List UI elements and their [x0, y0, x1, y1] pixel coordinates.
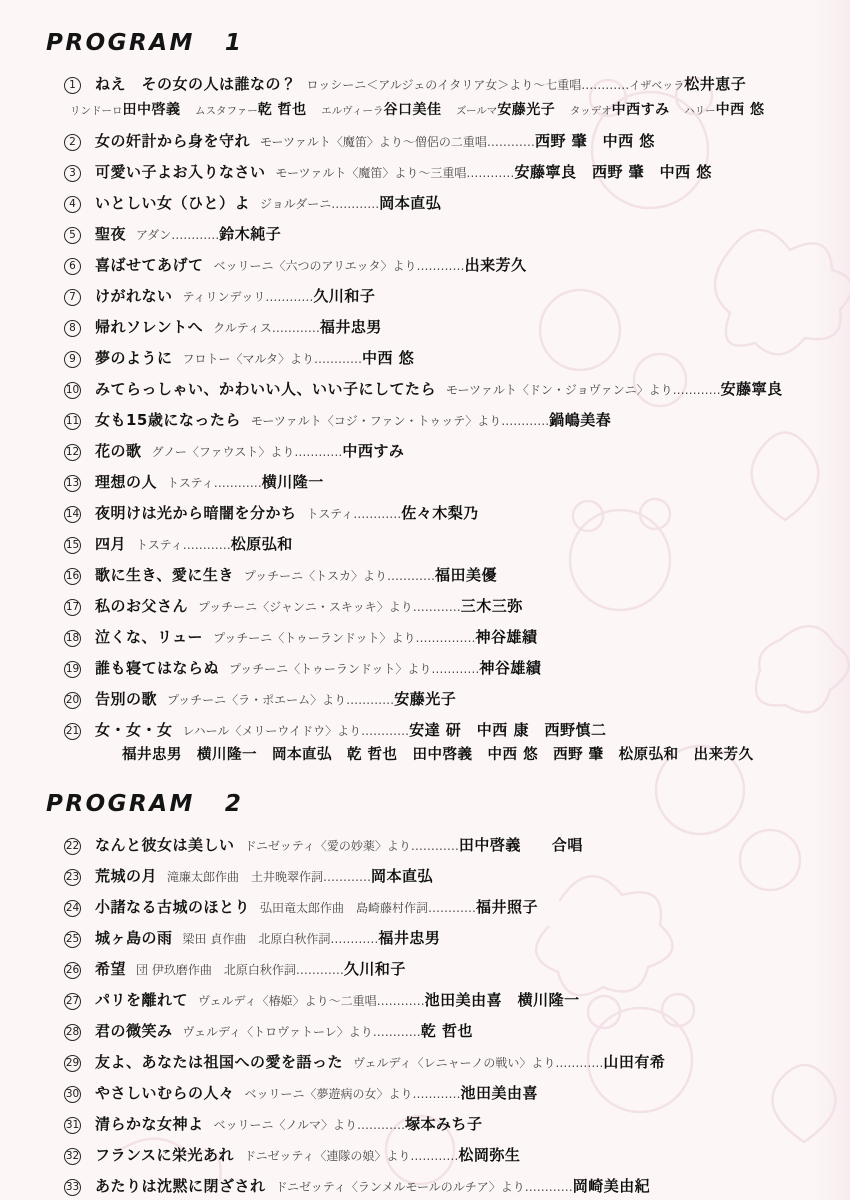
item-number-badge: 18	[64, 630, 81, 647]
item-detail: プッチーニ〈ジャンニ・スキッキ〉より…………	[198, 600, 461, 614]
item-detail: ベッリーニ〈六つのアリエッタ〉より…………	[214, 259, 465, 273]
item-title: 私のお父さん	[95, 597, 188, 615]
role-label: ハリー	[684, 105, 716, 117]
performer-name: 佐々木梨乃	[401, 504, 479, 522]
item-continuation-line: リンドーロ田中啓義 ムスタファー乾 哲也 エルヴィーラ谷口美佳 ズールマ安藤光子…	[64, 99, 832, 121]
performer-name: 鍋嶋美春	[549, 411, 611, 429]
item-title: 理想の人	[95, 473, 157, 491]
item-detail: プッチーニ〈トゥーランドット〉より……………	[213, 631, 475, 645]
item-number-badge: 4	[64, 196, 81, 213]
item-number-badge: 6	[64, 258, 81, 275]
item-detail: プッチーニ〈トスカ〉より…………	[244, 569, 435, 583]
item-number-badge: 26	[64, 962, 81, 979]
item-detail: ドニゼッティ〈連隊の娘〉より…………	[244, 1149, 458, 1163]
item-number-badge: 14	[64, 506, 81, 523]
item-number-badge: 20	[64, 692, 81, 709]
program-item: 2女の奸計から身を守れモーツァルト〈魔笛〉より～僧侶の二重唱…………西野 肇 中…	[64, 131, 832, 152]
performer-name: 久川和子	[313, 287, 375, 305]
item-title: 告別の歌	[95, 690, 157, 708]
program-item: 22なんと彼女は美しいドニゼッティ〈愛の妙薬〉より…………田中啓義 合唱	[64, 835, 832, 856]
performer-name: 乾 哲也	[421, 1022, 473, 1040]
item-title: 四月	[95, 535, 126, 553]
program-item: 16歌に生き、愛に生きプッチーニ〈トスカ〉より…………福田美優	[64, 565, 832, 586]
item-title: 夜明けは光から暗闇を分かち	[95, 504, 297, 522]
item-detail: モーツァルト〈コジ・ファン・トゥッテ〉より…………	[251, 414, 549, 428]
item-number-badge: 21	[64, 723, 81, 740]
item-title: 希望	[95, 960, 126, 978]
item-title: 清らかな女神よ	[95, 1115, 204, 1133]
item-number-badge: 19	[64, 661, 81, 678]
program-item: 18泣くな、リュープッチーニ〈トゥーランドット〉より……………神谷雄績	[64, 627, 832, 648]
program-item: 24小諸なる古城のほとり弘田竜太郎作曲 島崎藤村作詞…………福井照子	[64, 897, 832, 918]
performer-name: 中西すみ	[342, 442, 404, 460]
item-detail: モーツァルト〈魔笛〉より～僧侶の二重唱…………	[260, 135, 535, 149]
program-item: 11女も15歳になったらモーツァルト〈コジ・ファン・トゥッテ〉より…………鍋嶋美…	[64, 410, 832, 431]
item-detail: 滝廉太郎作曲 土井晩翠作詞…………	[167, 870, 371, 884]
item-number-badge: 30	[64, 1086, 81, 1103]
item-number-badge: 27	[64, 993, 81, 1010]
item-detail: トスティ…………	[307, 507, 402, 521]
item-detail: 弘田竜太郎作曲 島崎藤村作詞…………	[260, 901, 476, 915]
item-title: パリを離れて	[95, 991, 188, 1009]
role-label: イザベッラ	[629, 79, 684, 92]
item-title: 荒城の月	[95, 867, 157, 885]
performer-name: 田中啓義	[123, 102, 196, 118]
program-item-list: 1ねえ その女の人は誰なの？ロッシーニ＜アルジェのイタリア女＞より～七重唱…………	[64, 74, 832, 765]
program-section-2: PROGRAM222なんと彼女は美しいドニゼッティ〈愛の妙薬〉より…………田中啓…	[46, 791, 832, 1197]
item-number-badge: 25	[64, 931, 81, 948]
item-number-badge: 22	[64, 838, 81, 855]
item-number-badge: 8	[64, 320, 81, 337]
item-detail: ベッリーニ〈夢遊病の女〉より…………	[245, 1087, 461, 1101]
item-number-badge: 7	[64, 289, 81, 306]
performer-name: 松井恵子	[684, 75, 746, 93]
performer-name: 岡本直弘	[379, 194, 441, 212]
performer-name: 安達 研 中西 康 西野慎二	[409, 721, 606, 739]
program-item: 30やさしいむらの人々ベッリーニ〈夢遊病の女〉より…………池田美由喜	[64, 1083, 832, 1104]
item-number-badge: 24	[64, 900, 81, 917]
performer-name: 福井忠男	[378, 929, 440, 947]
item-number-badge: 1	[64, 77, 81, 94]
item-detail: ティリンデッリ…………	[183, 290, 314, 304]
item-number-badge: 31	[64, 1117, 81, 1134]
program-item: 19誰も寝てはならぬプッチーニ〈トゥーランドット〉より…………神谷雄績	[64, 658, 832, 679]
item-detail: ロッシーニ＜アルジェのイタリア女＞より～七重唱…………	[307, 78, 630, 92]
program-item-list: 22なんと彼女は美しいドニゼッティ〈愛の妙薬〉より…………田中啓義 合唱23荒城…	[64, 835, 832, 1197]
program-item: 27パリを離れてヴェルディ〈椿姫〉より～二重唱…………池田美由喜 横川隆一	[64, 990, 832, 1011]
program-item: 13理想の人トスティ…………横川隆一	[64, 472, 832, 493]
program-heading-number: 1	[225, 30, 244, 56]
performer-name: 福井照子	[476, 898, 538, 916]
program-item: 8帰れソレントへクルティス…………福井忠男	[64, 317, 832, 338]
program-item: 9夢のようにフロトー〈マルタ〉より…………中西 悠	[64, 348, 832, 369]
performer-name: 安藤寧良 西野 肇 中西 悠	[514, 163, 711, 181]
item-detail: ヴェルディ〈椿姫〉より～二重唱…………	[198, 994, 425, 1008]
program-item: 23荒城の月滝廉太郎作曲 土井晩翠作詞…………岡本直弘	[64, 866, 832, 887]
program-item: 29友よ、あなたは祖国への愛を語ったヴェルディ〈レニャーノの戦い〉より…………山…	[64, 1052, 832, 1073]
performer-name: 松岡弥生	[458, 1146, 520, 1164]
item-number-badge: 15	[64, 537, 81, 554]
item-number-badge: 3	[64, 165, 81, 182]
item-detail: クルティス…………	[213, 321, 320, 335]
program-content: PROGRAM11ねえ その女の人は誰なの？ロッシーニ＜アルジェのイタリア女＞よ…	[0, 0, 850, 1197]
program-item: 26希望団 伊玖磨作曲 北原白秋作詞…………久川和子	[64, 959, 832, 980]
item-detail: フロトー〈マルタ〉より…………	[183, 352, 363, 366]
performer-name: 安藤寧良	[721, 380, 783, 398]
item-title: やさしいむらの人々	[95, 1084, 235, 1102]
item-title: 帰れソレントへ	[95, 318, 203, 336]
role-label: ズールマ	[456, 105, 497, 117]
role-label: ムスタファー	[195, 105, 258, 117]
performer-name: 塚本みち子	[405, 1115, 483, 1133]
program-item: 17私のお父さんプッチーニ〈ジャンニ・スキッキ〉より…………三木三弥	[64, 596, 832, 617]
item-title: 聖夜	[95, 225, 126, 243]
item-number-badge: 2	[64, 134, 81, 151]
item-detail: プッチーニ〈トゥーランドット〉より…………	[229, 662, 479, 676]
item-detail: ヴェルディ〈トロヴァトーレ〉より…………	[183, 1025, 421, 1039]
performer-name: 中西 悠	[362, 349, 414, 367]
program-item: 32フランスに栄光あれドニゼッティ〈連隊の娘〉より…………松岡弥生	[64, 1145, 832, 1166]
item-detail: プッチーニ〈ラ・ポエーム〉より…………	[167, 693, 394, 707]
performer-name: 横川隆一	[262, 473, 324, 491]
role-label: タッデオ	[570, 105, 612, 117]
performer-name: 神谷雄績	[475, 628, 537, 646]
item-detail: アダン…………	[136, 228, 219, 242]
program-item: 15四月トスティ…………松原弘和	[64, 534, 832, 555]
item-title: ねえ その女の人は誰なの？	[95, 75, 297, 93]
item-number-badge: 13	[64, 475, 81, 492]
item-detail: ヴェルディ〈レニャーノの戦い〉より…………	[353, 1056, 603, 1070]
program-item: 4いとしい女（ひと）よジョルダーニ…………岡本直弘	[64, 193, 832, 214]
program-item: 3可愛い子よお入りなさいモーツァルト〈魔笛〉より～三重唱…………安藤寧良 西野 …	[64, 162, 832, 183]
performer-name: 池田美由喜	[461, 1084, 539, 1102]
item-number-badge: 32	[64, 1148, 81, 1165]
item-detail: ドニゼッティ〈ランメルモールのルチア〉より…………	[276, 1180, 573, 1194]
role-label: リンドーロ	[70, 105, 123, 117]
program-heading-number: 2	[225, 791, 244, 817]
performer-name: 鈴木純子	[219, 225, 281, 243]
item-detail: レハール〈メリーウイドウ〉より…………	[183, 724, 410, 738]
item-title: 喜ばせてあげて	[95, 256, 204, 274]
program-heading-label: PROGRAM	[46, 30, 195, 56]
item-detail: グノー〈ファウスト〉より…………	[152, 445, 343, 459]
performer-name: 中西 悠	[716, 102, 765, 118]
item-title: 女の奸計から身を守れ	[95, 132, 250, 150]
performer-name: 神谷雄績	[479, 659, 541, 677]
item-detail: モーツァルト〈ドン・ジョヴァンニ〉より…………	[446, 383, 721, 397]
program-item: 10みてらっしゃい、かわいい人、いい子にしてたらモーツァルト〈ドン・ジョヴァンニ…	[64, 379, 832, 400]
performer-name: 久川和子	[344, 960, 406, 978]
performer-name: 松原弘和	[231, 535, 293, 553]
item-title: 歌に生き、愛に生き	[95, 566, 234, 584]
program-heading: PROGRAM2	[46, 791, 832, 817]
performer-name: 池田美由喜 横川隆一	[425, 991, 580, 1009]
item-title: 夢のように	[95, 349, 173, 367]
item-number-badge: 10	[64, 382, 81, 399]
item-number-badge: 12	[64, 444, 81, 461]
item-detail: トスティ…………	[167, 476, 262, 490]
performer-name: 乾 哲也	[258, 102, 321, 118]
performer-name: 安藤光子	[497, 102, 570, 118]
performer-name: 中西すみ	[612, 102, 685, 118]
program-heading: PROGRAM1	[46, 30, 832, 56]
performer-name: 山田有希	[603, 1053, 665, 1071]
performer-name: 福田美優	[435, 566, 497, 584]
program-item: 5聖夜アダン…………鈴木純子	[64, 224, 832, 245]
item-number-badge: 23	[64, 869, 81, 886]
item-title: みてらっしゃい、かわいい人、いい子にしてたら	[95, 380, 436, 398]
item-detail: 団 伊玖磨作曲 北原白秋作詞…………	[136, 963, 344, 977]
item-continuation-line: 福井忠男 横川隆一 岡本直弘 乾 哲也 田中啓義 中西 悠 西野 肇 松原弘和 …	[64, 744, 832, 765]
item-number-badge: 9	[64, 351, 81, 368]
item-number-badge: 5	[64, 227, 81, 244]
performer-name: 三木三弥	[461, 597, 523, 615]
program-item: 31清らかな女神よベッリーニ〈ノルマ〉より…………塚本みち子	[64, 1114, 832, 1135]
program-item: 12花の歌グノー〈ファウスト〉より…………中西すみ	[64, 441, 832, 462]
program-item: 1ねえ その女の人は誰なの？ロッシーニ＜アルジェのイタリア女＞より～七重唱…………	[64, 74, 832, 121]
item-title: 花の歌	[95, 442, 142, 460]
item-title: 可愛い子よお入りなさい	[95, 163, 266, 181]
performer-name: 福井忠男	[320, 318, 382, 336]
program-item: 28君の微笑みヴェルディ〈トロヴァトーレ〉より…………乾 哲也	[64, 1021, 832, 1042]
item-detail: モーツァルト〈魔笛〉より～三重唱…………	[276, 166, 515, 180]
performer-name: 田中啓義 合唱	[459, 836, 583, 854]
item-title: フランスに栄光あれ	[95, 1146, 234, 1164]
program-item: 20告別の歌プッチーニ〈ラ・ポエーム〉より…………安藤光子	[64, 689, 832, 710]
item-title: 泣くな、リュー	[95, 628, 203, 646]
performer-name: 安藤光子	[394, 690, 456, 708]
performer-name: 谷口美佳	[384, 102, 457, 118]
program-section-1: PROGRAM11ねえ その女の人は誰なの？ロッシーニ＜アルジェのイタリア女＞よ…	[46, 30, 832, 765]
performer-name: 西野 肇 中西 悠	[535, 132, 655, 150]
item-title: 城ヶ島の雨	[95, 929, 173, 947]
performer-name: 福井忠男 横川隆一 岡本直弘 乾 哲也 田中啓義 中西 悠 西野 肇 松原弘和 …	[122, 747, 754, 763]
item-title: けがれない	[95, 287, 173, 305]
item-number-badge: 11	[64, 413, 81, 430]
item-title: 女・女・女	[95, 721, 173, 739]
item-title: 誰も寝てはならぬ	[95, 659, 219, 677]
item-title: 女も15歳になったら	[95, 411, 241, 429]
item-detail: ドニゼッティ〈愛の妙薬〉より…………	[245, 839, 459, 853]
item-detail: ジョルダーニ…………	[260, 197, 379, 211]
program-item: 14夜明けは光から暗闇を分かちトスティ…………佐々木梨乃	[64, 503, 832, 524]
item-number-badge: 16	[64, 568, 81, 585]
item-detail: ベッリーニ〈ノルマ〉より…………	[214, 1118, 406, 1132]
item-number-badge: 33	[64, 1179, 81, 1196]
item-number-badge: 29	[64, 1055, 81, 1072]
item-title: 君の微笑み	[95, 1022, 173, 1040]
item-title: 小諸なる古城のほとり	[95, 898, 250, 916]
item-detail: 梁田 貞作曲 北原白秋作詞…………	[183, 932, 379, 946]
item-title: なんと彼女は美しい	[95, 836, 235, 854]
performer-name: 岡本直弘	[371, 867, 433, 885]
program-item: 21女・女・女レハール〈メリーウイドウ〉より…………安達 研 中西 康 西野慎二…	[64, 720, 832, 765]
item-number-badge: 17	[64, 599, 81, 616]
concert-program-page: PROGRAM11ねえ その女の人は誰なの？ロッシーニ＜アルジェのイタリア女＞よ…	[0, 0, 850, 1200]
item-detail: トスティ…………	[136, 538, 231, 552]
performer-name: 出来芳久	[465, 256, 527, 274]
program-item: 33あたりは沈黙に閉ざされドニゼッティ〈ランメルモールのルチア〉より…………岡崎…	[64, 1176, 832, 1197]
item-title: 友よ、あなたは祖国への愛を語った	[95, 1053, 343, 1071]
program-heading-label: PROGRAM	[46, 791, 195, 817]
program-item: 6喜ばせてあげてベッリーニ〈六つのアリエッタ〉より…………出来芳久	[64, 255, 832, 276]
item-title: いとしい女（ひと）よ	[95, 194, 250, 212]
performer-name: 岡崎美由紀	[573, 1177, 651, 1195]
program-item: 7けがれないティリンデッリ…………久川和子	[64, 286, 832, 307]
item-title: あたりは沈黙に閉ざされ	[95, 1177, 266, 1195]
role-label: エルヴィーラ	[321, 105, 383, 117]
item-number-badge: 28	[64, 1024, 81, 1041]
program-item: 25城ヶ島の雨梁田 貞作曲 北原白秋作詞…………福井忠男	[64, 928, 832, 949]
